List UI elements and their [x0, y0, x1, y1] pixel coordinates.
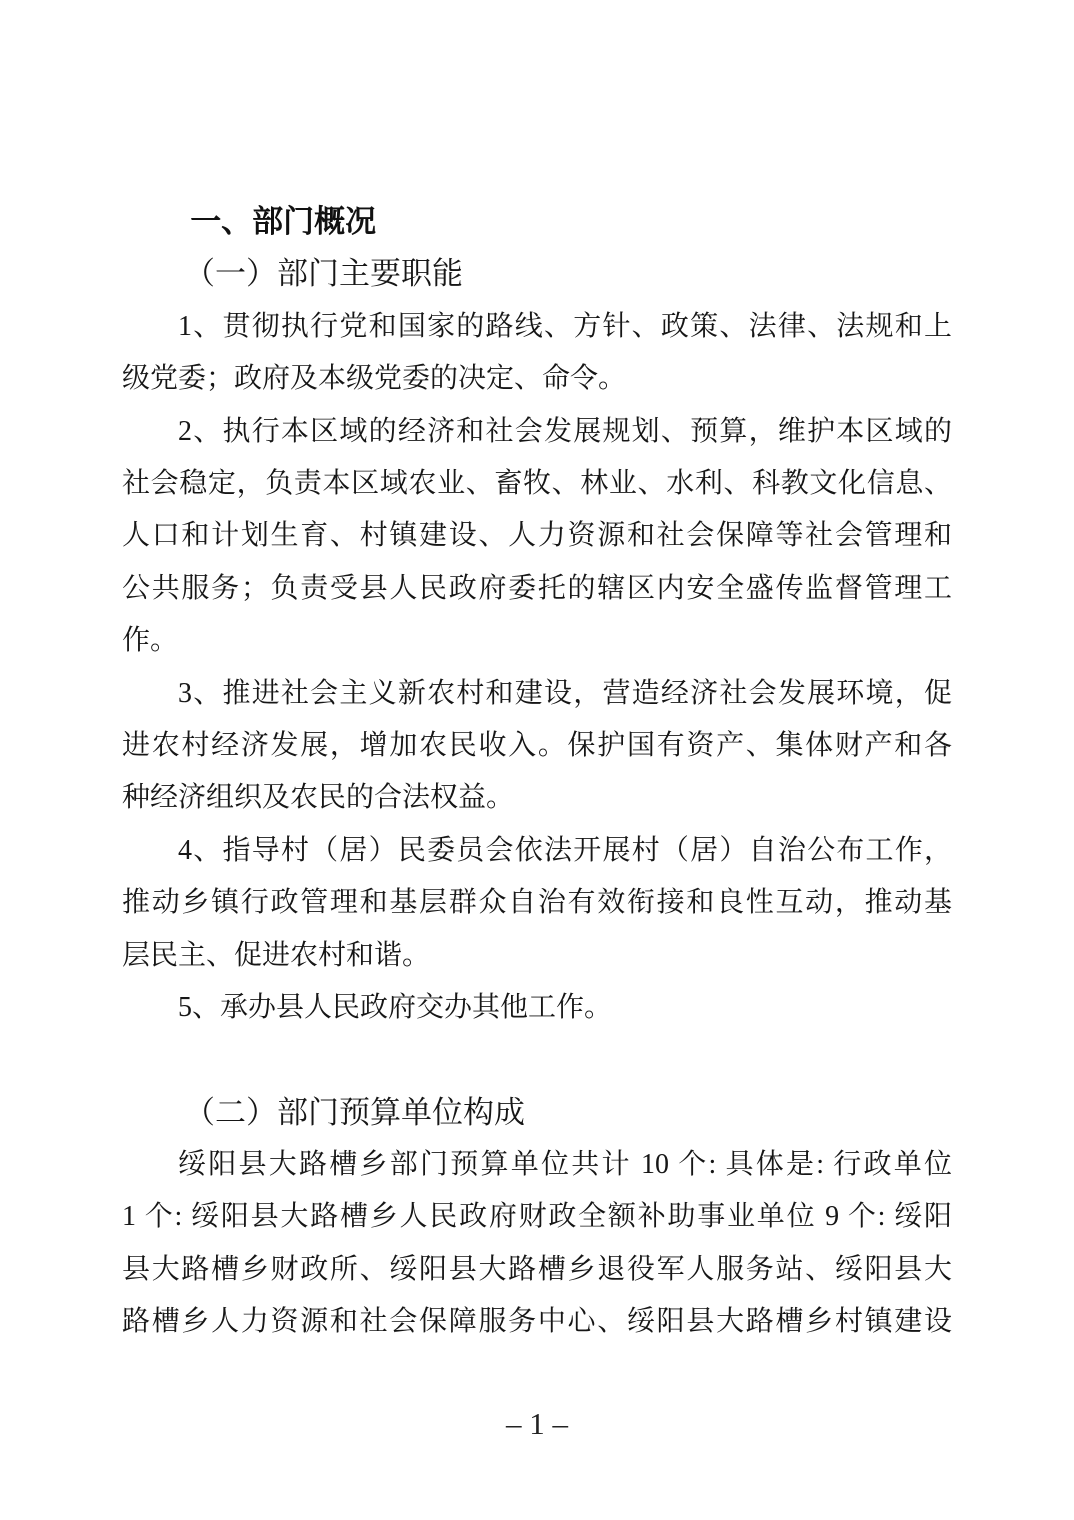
main-heading: 一、部门概况 — [122, 196, 952, 248]
text-line: 作。 — [122, 615, 952, 667]
document-page: 一、部门概况 （一）部门主要职能 1、贯彻执行党和国家的路线、方针、政策、法律、… — [0, 0, 1074, 1520]
text-line: 绥阳县大路槽乡部门预算单位共计 10 个: 具体是: 行政单位 — [122, 1139, 952, 1191]
text-line: 种经济组织及农民的合法权益。 — [122, 772, 952, 824]
text-line: 5、承办县人民政府交办其他工作。 — [122, 982, 952, 1034]
text-line: 推动乡镇行政管理和基层群众自治有效衔接和良性互动，推动基 — [122, 877, 952, 929]
text-line: 进农村经济发展，增加农民收入。保护国有资产、集体财产和各 — [122, 720, 952, 772]
text-line: 3、推进社会主义新农村和建设，营造经济社会发展环境，促 — [122, 668, 952, 720]
text-line: 县大路槽乡财政所、绥阳县大路槽乡退役军人服务站、绥阳县大 — [122, 1244, 952, 1296]
text-line: 2、执行本区域的经济和社会发展规划、预算，维护本区域的 — [122, 406, 952, 458]
text-line: 层民主、促进农村和谐。 — [122, 930, 952, 982]
page-number: – 1 – — [0, 1406, 1074, 1442]
document-content: 一、部门概况 （一）部门主要职能 1、贯彻执行党和国家的路线、方针、政策、法律、… — [122, 196, 952, 1349]
text-line: 级党委；政府及本级党委的决定、命令。 — [122, 353, 952, 405]
text-line: 4、指导村（居）民委员会依法开展村（居）自治公布工作， — [122, 825, 952, 877]
text-line: 公共服务；负责受县人民政府委托的辖区内安全盛传监督管理工 — [122, 563, 952, 615]
text-line: 社会稳定，负责本区域农业、畜牧、林业、水利、科教文化信息、 — [122, 458, 952, 510]
text-line: 路槽乡人力资源和社会保障服务中心、绥阳县大路槽乡村镇建设 — [122, 1296, 952, 1348]
text-line: 人口和计划生育、村镇建设、人力资源和社会保障等社会管理和 — [122, 510, 952, 562]
text-line: 1 个: 绥阳县大路槽乡人民政府财政全额补助事业单位 9 个: 绥阳 — [122, 1191, 952, 1243]
subsection-heading-2: （二）部门预算单位构成 — [122, 1087, 952, 1139]
text-line: 1、贯彻执行党和国家的路线、方针、政策、法律、法规和上 — [122, 301, 952, 353]
subsection-heading-1: （一）部门主要职能 — [122, 248, 952, 300]
